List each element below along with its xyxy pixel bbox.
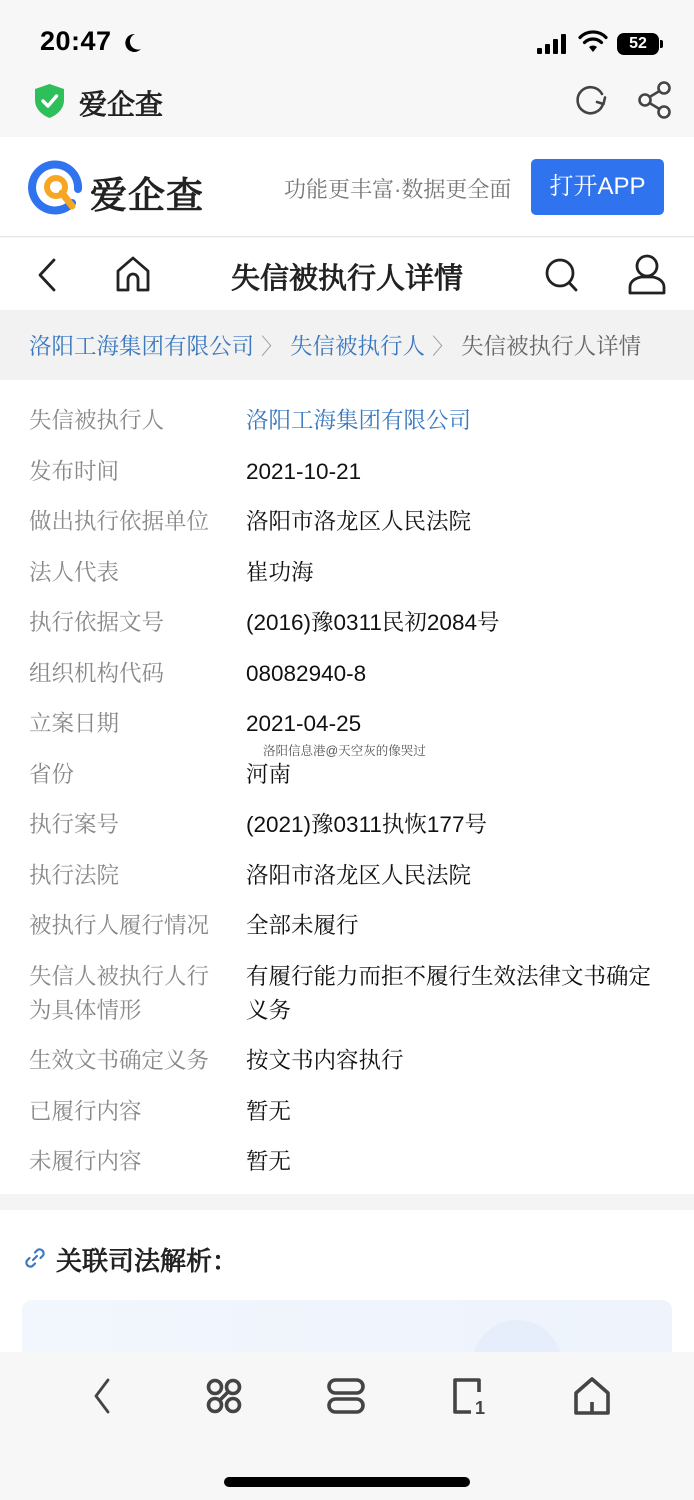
breadcrumb-dishonest-list-link[interactable]: 失信被执行人 <box>290 329 425 361</box>
detail-row-court: 执行法院 洛阳市洛龙区人民法院 <box>0 859 694 893</box>
detail-row-filing-date: 立案日期 2021-04-25 <box>0 707 694 741</box>
share-icon[interactable] <box>637 80 673 120</box>
wifi-icon <box>578 30 608 54</box>
home-icon <box>573 1376 611 1416</box>
row-label: 法人代表 <box>0 556 216 590</box>
row-value: 按文书内容执行 <box>216 1044 694 1078</box>
row-label: 发布时间 <box>0 455 216 489</box>
row-value: 洛阳市洛龙区人民法院 <box>216 505 694 539</box>
battery-tip <box>660 40 663 48</box>
row-label: 执行案号 <box>0 808 216 842</box>
browser-bottom-toolbar: 1 <box>0 1352 694 1500</box>
detail-list: 失信被执行人 洛阳工海集团有限公司 发布时间 2021-10-21 做出执行依据… <box>0 380 694 1194</box>
moon-icon <box>121 32 143 54</box>
toolbar-tabs-overview-button[interactable] <box>324 1374 368 1418</box>
row-label: 省份 <box>0 758 216 792</box>
row-value: 暂无 <box>216 1095 694 1129</box>
detail-row-publish-date: 发布时间 2021-10-21 <box>0 455 694 489</box>
breadcrumb-current: 失信被执行人详情 <box>461 329 641 361</box>
row-label: 执行法院 <box>0 859 216 893</box>
watermark: 洛阳信息港@天空灰的像哭过 <box>263 741 426 759</box>
detail-row-performed: 已履行内容 暂无 <box>0 1095 694 1129</box>
related-section-title: 关联司法解析： <box>56 1241 238 1278</box>
detail-row-basis-unit: 做出执行依据单位 洛阳市洛龙区人民法院 <box>0 505 694 539</box>
open-app-button[interactable]: 打开APP <box>531 159 664 215</box>
breadcrumb-separator: 〉 <box>432 330 454 361</box>
search-icon[interactable] <box>543 256 579 294</box>
row-value: 暂无 <box>216 1145 694 1179</box>
row-label: 做出执行依据单位 <box>0 505 216 539</box>
detail-row-unperformed: 未履行内容 暂无 <box>0 1145 694 1179</box>
tab-count-icon: 1 <box>451 1376 489 1416</box>
breadcrumb: 洛阳工海集团有限公司 〉 失信被执行人 〉 失信被执行人详情 <box>0 310 694 380</box>
company-link[interactable]: 洛阳工海集团有限公司 <box>216 404 694 438</box>
row-value: 2021-10-21 <box>216 455 694 489</box>
home-indicator[interactable] <box>224 1477 470 1487</box>
browser-bar: 爱企查 <box>0 70 694 137</box>
detail-row-performance-status: 被执行人履行情况 全部未履行 <box>0 909 694 943</box>
row-label: 失信人被执行人行为具体情形 <box>0 960 216 1028</box>
row-label: 生效文书确定义务 <box>0 1044 216 1078</box>
status-time: 20:47 <box>40 26 112 57</box>
logo-text: 爱企查 <box>90 165 204 219</box>
detail-row-effective-obligation: 生效文书确定义务 按文书内容执行 <box>0 1044 694 1078</box>
toolbar-home-button[interactable] <box>570 1374 614 1418</box>
row-value: 08082940-8 <box>216 657 694 691</box>
row-label: 已履行内容 <box>0 1095 216 1129</box>
back-icon[interactable] <box>34 256 60 294</box>
back-icon <box>90 1376 114 1416</box>
row-value: 洛阳市洛龙区人民法院 <box>216 859 694 893</box>
detail-row-org-code: 组织机构代码 08082940-8 <box>0 657 694 691</box>
link-icon <box>24 1247 46 1269</box>
row-value: 河南 <box>216 758 694 792</box>
home-icon[interactable] <box>114 255 152 293</box>
app-download-banner: 爱企查 功能更丰富·数据更全面 打开APP <box>0 137 694 237</box>
row-value: 有履行能力而拒不履行生效法律文书确定义务 <box>216 960 694 1028</box>
screen: 20:47 52 爱企查 <box>0 0 694 1500</box>
page-title: 失信被执行人详情 <box>0 256 694 297</box>
row-label: 未履行内容 <box>0 1145 216 1179</box>
detail-row-case-no: 执行案号 (2021)豫0311执恢177号 <box>0 808 694 842</box>
row-label: 失信被执行人 <box>0 404 216 438</box>
status-bar: 20:47 52 <box>0 0 694 70</box>
row-label: 被执行人履行情况 <box>0 909 216 943</box>
detail-row-specific-situation: 失信人被执行人行为具体情形 有履行能力而拒不履行生效法律文书确定义务 <box>0 960 694 1028</box>
tabs-overview-icon <box>327 1377 365 1415</box>
toolbar-tab-count-button[interactable]: 1 <box>448 1374 492 1418</box>
row-value: 全部未履行 <box>216 909 694 943</box>
breadcrumb-separator: 〉 <box>261 330 283 361</box>
page-nav-bar: 失信被执行人详情 <box>0 238 694 310</box>
battery-indicator: 52 <box>617 33 659 55</box>
row-value: (2021)豫0311执恢177号 <box>216 808 694 842</box>
command-icon <box>205 1377 243 1415</box>
row-label: 组织机构代码 <box>0 657 216 691</box>
toolbar-shortcuts-button[interactable] <box>202 1374 246 1418</box>
detail-row-basis-doc-no: 执行依据文号 (2016)豫0311民初2084号 <box>0 606 694 640</box>
banner-slogan: 功能更丰富·数据更全面 <box>284 173 511 204</box>
detail-row-province: 省份 河南 <box>0 758 694 792</box>
logo-icon <box>28 159 84 215</box>
user-icon[interactable] <box>627 253 667 295</box>
row-value: 2021-04-25 <box>216 707 694 741</box>
row-label: 立案日期 <box>0 707 216 741</box>
detail-row-dishonest-party: 失信被执行人 洛阳工海集团有限公司 <box>0 404 694 438</box>
row-value: (2016)豫0311民初2084号 <box>216 606 694 640</box>
row-label: 执行依据文号 <box>0 606 216 640</box>
svg-text:1: 1 <box>475 1398 485 1416</box>
signal-icon <box>537 34 569 54</box>
shield-check-icon <box>33 83 66 119</box>
toolbar-back-button[interactable] <box>80 1374 124 1418</box>
reload-icon[interactable] <box>573 82 609 118</box>
detail-row-legal-rep: 法人代表 崔功海 <box>0 556 694 590</box>
browser-site-title: 爱企查 <box>79 83 163 123</box>
breadcrumb-company-link[interactable]: 洛阳工海集团有限公司 <box>29 329 254 361</box>
row-value: 崔功海 <box>216 556 694 590</box>
section-divider <box>0 1194 694 1210</box>
